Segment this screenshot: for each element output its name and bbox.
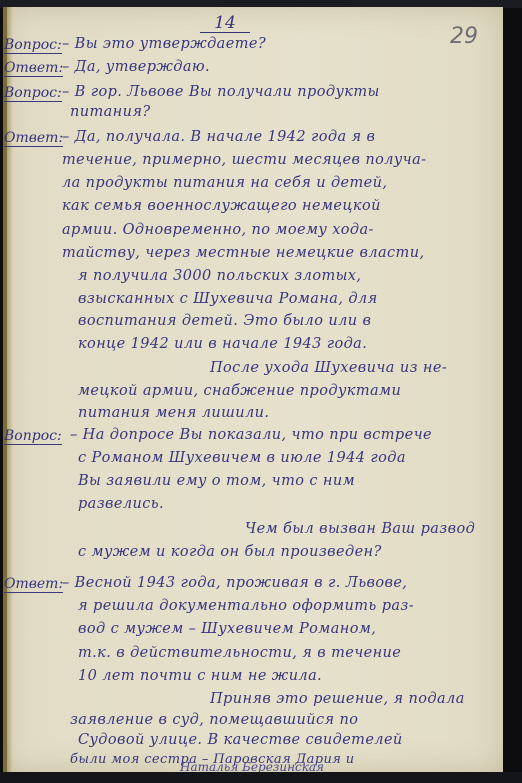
- archive-folio-number: 29: [450, 24, 478, 49]
- text-line: тайству, через местные немецкие власти,: [62, 245, 424, 261]
- text-line: т.к. в действительности, я в течение: [78, 645, 401, 661]
- text-line: Вы заявили ему о том, что с ним: [78, 473, 355, 489]
- answer-label: Ответ:: [4, 60, 63, 77]
- text-line: вод с мужем – Шухевичем Романом,: [78, 621, 376, 637]
- text-line: заявление в суд, помещавшийся по: [70, 712, 358, 728]
- text-line: – Весной 1943 года, проживая в г. Львове…: [62, 575, 407, 591]
- text-line: Судовой улице. В качестве свидетелей: [78, 732, 403, 748]
- text-line: взысканных с Шухевича Романа, для: [78, 291, 378, 307]
- text-line: – Да, утверждаю.: [62, 59, 210, 75]
- answer-label: Ответ:: [4, 130, 63, 147]
- text-line: развелись.: [78, 496, 164, 512]
- text-line: как семья военнослужащего немецкой: [62, 198, 381, 214]
- text-line: течение, примерно, шести месяцев получа-: [62, 152, 426, 168]
- question-label: Вопрос:: [4, 428, 62, 445]
- text-line: Чем был вызван Ваш развод: [245, 521, 475, 537]
- text-line: 10 лет почти с ним не жила.: [78, 668, 322, 684]
- text-line: конце 1942 или в начале 1943 года.: [78, 336, 367, 352]
- text-line: с Романом Шухевичем в июле 1944 года: [78, 450, 406, 466]
- text-line: – На допросе Вы показали, что при встреч…: [70, 427, 432, 443]
- question-label: Вопрос:: [4, 37, 62, 54]
- page-binding-edge: [3, 7, 7, 772]
- question-label: Вопрос:: [4, 85, 62, 102]
- viewer-bottom-bar: [0, 772, 522, 783]
- text-line: питания меня лишили.: [78, 405, 269, 421]
- text-line: После ухода Шухевича из не-: [210, 360, 447, 376]
- text-line: питания?: [70, 104, 151, 120]
- text-line: армии. Одновременно, по моему хода-: [62, 222, 374, 238]
- text-line: – Да, получала. В начале 1942 года я в: [62, 129, 375, 145]
- text-line: – В гор. Львове Вы получали продукты: [62, 84, 380, 100]
- answer-label: Ответ:: [4, 576, 63, 593]
- text-line: я получила 3000 польских злотых,: [78, 268, 361, 284]
- text-line: мецкой армии, снабжение продуктами: [78, 383, 401, 399]
- text-line: я решила документально оформить раз-: [78, 598, 414, 614]
- text-line: – Вы это утверждаете?: [62, 36, 266, 52]
- text-line: ла продукты питания на себя и детей,: [62, 175, 387, 191]
- text-line: воспитания детей. Это было или в: [78, 313, 371, 329]
- page-number: 14: [200, 14, 250, 33]
- text-line: с мужем и когда он был произведен?: [78, 544, 382, 560]
- text-line: Приняв это решение, я подала: [210, 691, 465, 707]
